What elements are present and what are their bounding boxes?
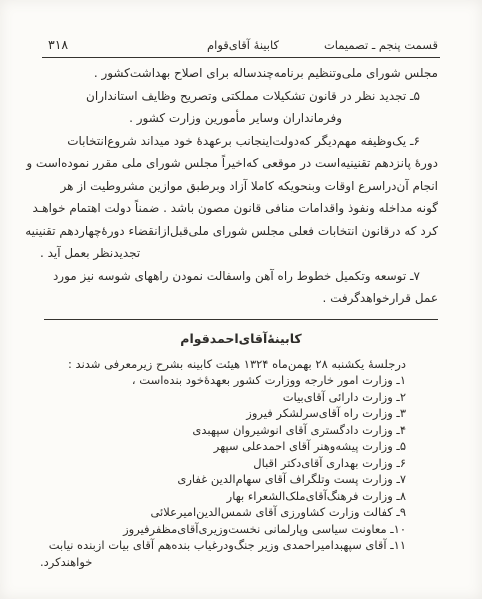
header-page-number: ۳۱۸ bbox=[48, 37, 207, 52]
body-line: ۶ـ یک‌وظیفه مهم‌دیگر که‌دولت‌اینجانب برع… bbox=[40, 130, 438, 153]
body-line: ۵ـ تجدید نظر در قانون تشکیلات مملکتی وتص… bbox=[40, 85, 438, 108]
cabinet-item: ۶ـ وزارت بهداری آقای‌دکتر اقبال bbox=[40, 455, 406, 472]
cabinet-item: ۴ـ وزارت دادگستری آقای انوشیروان سپهبدی bbox=[40, 422, 406, 439]
cabinet-item: ۳ـ وزارت راه آقای‌سرلشکر فیروز bbox=[40, 405, 406, 422]
body-line: دورهٔ پانزدهم تقنینیه‌است در موقعی که‌اخ… bbox=[40, 152, 438, 175]
section-heading: کابینهٔ‌آقای‌احمدقوام bbox=[0, 331, 482, 346]
body-line: کرد که درقانون انتخابات فعلی مجلس شورای … bbox=[40, 220, 438, 243]
cabinet-list-block: درجلسهٔ یکشنبه ۲۸ بهمن‌ماه ۱۳۲۴ هیئت کاب… bbox=[0, 346, 482, 571]
body-line: انجام آن‌دراسرع اوقات وبنحویکه کاملا آزا… bbox=[40, 175, 438, 198]
cabinet-intro: درجلسهٔ یکشنبه ۲۸ بهمن‌ماه ۱۳۲۴ هیئت کاب… bbox=[40, 356, 406, 373]
cabinet-item: ۱ـ وزارت امور خارجه ووزارت کشور بعهدهٔ‌خ… bbox=[40, 372, 406, 389]
cabinet-item: ۸ـ وزارت فرهنگ‌آقای‌ملک‌الشعراء بهار bbox=[40, 488, 406, 505]
cabinet-item-continuation: خواهندکرد. bbox=[40, 554, 406, 571]
cabinet-item: ۹ـ کفالت وزارت کشاورزی آقای شمس‌الدین‌ام… bbox=[40, 504, 406, 521]
header-section-title: قسمت پنجم ـ تصمیمات bbox=[279, 38, 438, 52]
cabinet-item: ۲ـ وزارت دارائی آقای‌بیات bbox=[40, 389, 406, 406]
body-line: تجدیدنظر بعمل آید . bbox=[40, 242, 438, 265]
body-line: عمل قرارخواهدگرفت . bbox=[40, 287, 438, 310]
body-line: مجلس شورای ملی‌وتنظیم برنامه‌چندساله برا… bbox=[40, 62, 438, 85]
body-line: ۷ـ توسعه وتکمیل خطوط راه آهن واسفالت نمو… bbox=[40, 265, 438, 288]
body-line: گونه مداخله ونفوذ واقدامات منافی قانون م… bbox=[40, 197, 438, 220]
cabinet-item: ۷ـ وزارت پست وتلگراف آقای سهام‌الدین غفا… bbox=[40, 471, 406, 488]
body-line: وفرمانداران وسایر مأمورین وزارت کشور . bbox=[40, 107, 438, 130]
cabinet-item: ۵ـ وزارت پیشه‌وهنر آقای احمدعلی سپهر bbox=[40, 438, 406, 455]
cabinet-item: ۱۰ـ معاونت سیاسی وپارلمانی نخست‌وزیری‌آق… bbox=[40, 521, 406, 538]
section-divider-rule bbox=[44, 319, 438, 320]
body-text-block: مجلس شورای ملی‌وتنظیم برنامه‌چندساله برا… bbox=[0, 58, 482, 310]
header-chapter-title: کابینهٔ آقای‌قوام bbox=[207, 38, 279, 52]
page-header: قسمت پنجم ـ تصمیمات کابینهٔ آقای‌قوام ۳۱… bbox=[0, 0, 482, 57]
cabinet-item: ۱۱ـ آقای سپهبدامیراحمدی وزیر جنگ‌ودرغیاب… bbox=[40, 537, 406, 554]
scanned-book-page: قسمت پنجم ـ تصمیمات کابینهٔ آقای‌قوام ۳۱… bbox=[0, 0, 482, 599]
